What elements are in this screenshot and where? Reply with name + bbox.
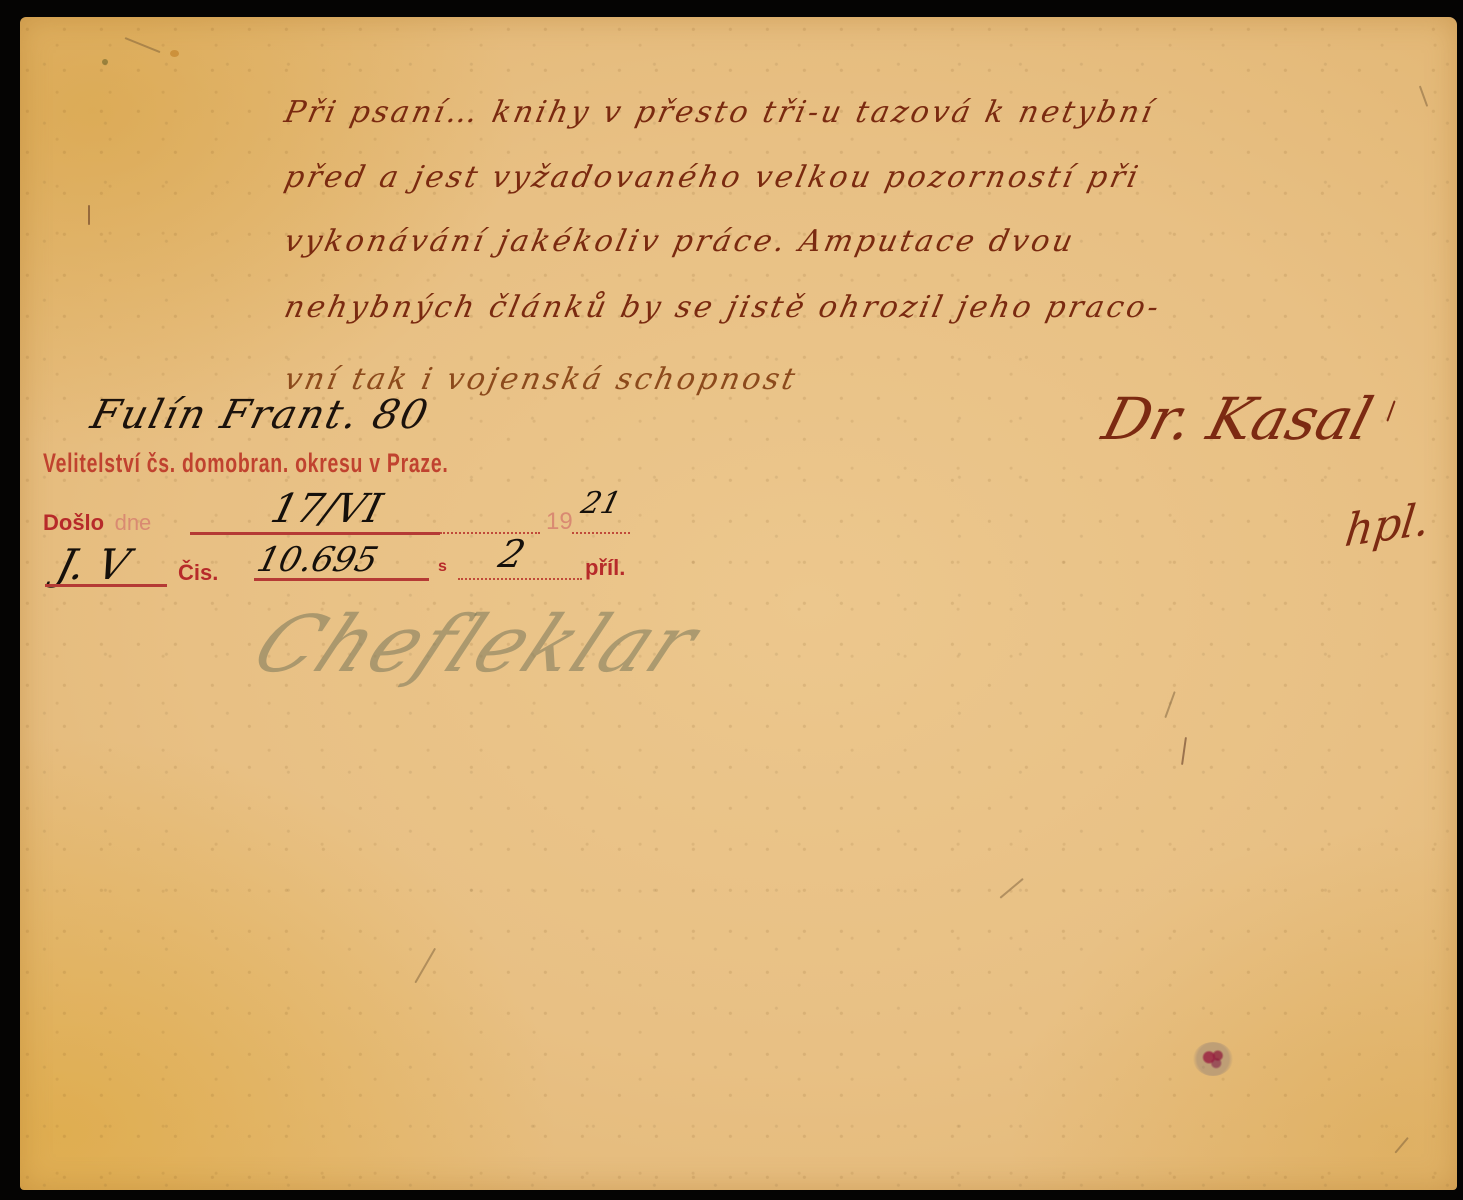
paper-fibre <box>1419 85 1428 106</box>
stamp-attachments-line <box>458 578 582 580</box>
stamp-number-label: Čis. <box>178 560 218 585</box>
body-line-2: před a jest vyžadovaného velkou pozornos… <box>281 160 1144 195</box>
paper-stain <box>102 59 108 65</box>
stamp-dne-label: dne <box>115 510 152 535</box>
stamp-number-label-wrap: Čis. <box>178 560 218 586</box>
purple-stamp-mark <box>1193 1042 1233 1076</box>
stamp-year-prefix: 19 <box>546 508 573 536</box>
body-line-3: vykonávání jakékoliv práce. Amputace dvo… <box>281 224 1078 259</box>
stamp-with-label: s <box>438 558 447 575</box>
stamp-attachments-label-wrap: příl. <box>585 555 625 581</box>
margin-mark <box>88 205 90 225</box>
stamp-with-label-wrap: s <box>438 558 447 576</box>
stamp-date-line <box>190 532 440 535</box>
pencil-signature: Chefleklar <box>239 600 713 690</box>
department-mark: J. V <box>52 540 135 589</box>
stamp-header: Velitelství čs. domobran. okresu v Praze… <box>43 448 449 479</box>
stamp-received-row: Došlo dne <box>43 510 151 536</box>
registry-number: 10.695 <box>253 540 382 580</box>
paper-fibre <box>414 948 435 983</box>
stamp-year-line <box>572 532 630 534</box>
paper-fibre <box>1394 1137 1408 1153</box>
doctor-signature: Dr. Kasal <box>1096 385 1380 453</box>
paper-stain <box>170 50 179 57</box>
paper-fibre <box>1164 691 1175 718</box>
body-line-4: nehybných článků by se jistě ohrozil jeh… <box>281 290 1164 325</box>
stamp-received-label: Došlo <box>43 510 104 535</box>
stamp-dept-line <box>45 584 167 587</box>
paper-fibre <box>1000 878 1024 898</box>
body-line-1: Při psaní… knihy v přesto tři‑u tazová k… <box>281 95 1158 130</box>
margin-mark <box>1181 737 1187 765</box>
scanned-document: Při psaní… knihy v přesto tři‑u tazová k… <box>0 0 1463 1200</box>
received-date: 17/VI <box>266 486 387 532</box>
stamp-attachments-label: příl. <box>585 555 625 580</box>
name-annotation: Fulín Frant. 80 <box>86 392 434 438</box>
paper-fibre <box>125 37 161 53</box>
